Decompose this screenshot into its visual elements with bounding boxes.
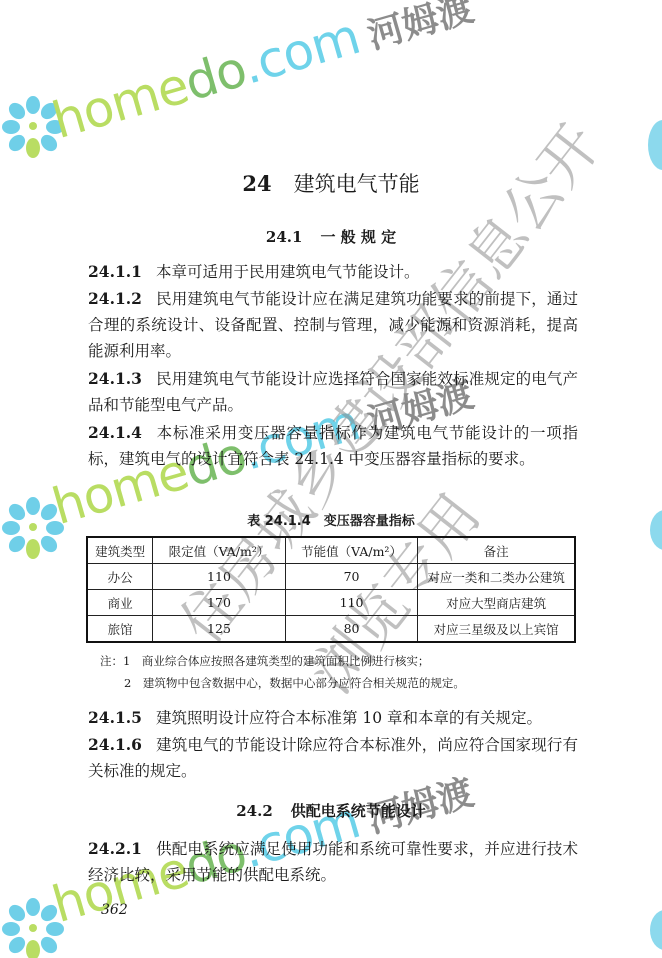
table-header-cell: 备注 (418, 537, 575, 564)
table-row: 办公 110 70 对应一类和二类办公建筑 (87, 564, 575, 590)
table-caption: 表 24.1.4 变压器容量指标 (0, 510, 662, 529)
homedo-watermark-top: homedo.com河姆渡 (46, 0, 479, 150)
clause-24-1-1: 24.1.1本章可适用于民用建筑电气节能设计。 (88, 259, 578, 285)
table-row: 商业 170 110 对应大型商店建筑 (87, 590, 575, 616)
table-header-cell: 节能值（VA/m²） (285, 537, 418, 564)
table-cell: 商业 (87, 590, 153, 616)
table-cell: 对应大型商店建筑 (418, 590, 575, 616)
table-cell: 办公 (87, 564, 153, 590)
table-note-1: 注：1 商业综合体应按照各建筑类型的建筑面积比例进行核实； (100, 650, 465, 672)
flower-edge-decoration (650, 910, 662, 950)
table-cell: 125 (153, 616, 286, 643)
clause-24-1-6: 24.1.6建筑电气的节能设计除应符合本标准外，尚应符合国家现行有关标准的规定。 (88, 732, 578, 784)
table-cell: 80 (285, 616, 418, 643)
clause-24-2-1: 24.2.1供配电系统应满足使用功能和系统可靠性要求，并应进行技术经济比较，采用… (88, 836, 578, 888)
table-notes: 注：1 商业综合体应按照各建筑类型的建筑面积比例进行核实； 2 建筑物中包含数据… (100, 650, 465, 694)
clause-24-1-3: 24.1.3民用建筑电气节能设计应选择符合国家能效标准规定的电气产品和节能型电气… (88, 366, 578, 418)
table-cell: 110 (153, 564, 286, 590)
clause-24-1-5: 24.1.5建筑照明设计应符合本标准第 10 章和本章的有关规定。 (88, 705, 578, 731)
table-row: 旅馆 125 80 对应三星级及以上宾馆 (87, 616, 575, 643)
flower-edge-decoration (648, 120, 662, 170)
clause-24-1-4: 24.1.4本标准采用变压器容量指标作为建筑电气节能设计的一项指标，建筑电气的设… (88, 420, 578, 472)
transformer-capacity-table: 建筑类型 限定值（VA/m²） 节能值（VA/m²） 备注 办公 110 70 … (86, 536, 576, 643)
section-title-24-1: 24.1一 般 规 定 (0, 226, 662, 247)
table-cell: 对应三星级及以上宾馆 (418, 616, 575, 643)
table-cell: 对应一类和二类办公建筑 (418, 564, 575, 590)
chapter-title: 24建筑电气节能 (0, 168, 662, 198)
page-number: 362 (101, 902, 128, 918)
clause-24-1-2: 24.1.2民用建筑电气节能设计应在满足建筑功能要求的前提下，通过合理的系统设计… (88, 286, 578, 364)
table-cell: 旅馆 (87, 616, 153, 643)
table-note-2: 2 建筑物中包含数据中心，数据中心部分应符合相关规范的规定。 (100, 672, 465, 694)
section-title-24-2: 24.2供配电系统节能设计 (0, 800, 662, 821)
table-cell: 110 (285, 590, 418, 616)
table-header-cell: 限定值（VA/m²） (153, 537, 286, 564)
table-header-cell: 建筑类型 (87, 537, 153, 564)
table-cell: 70 (285, 564, 418, 590)
table-header-row: 建筑类型 限定值（VA/m²） 节能值（VA/m²） 备注 (87, 537, 575, 564)
table-cell: 170 (153, 590, 286, 616)
